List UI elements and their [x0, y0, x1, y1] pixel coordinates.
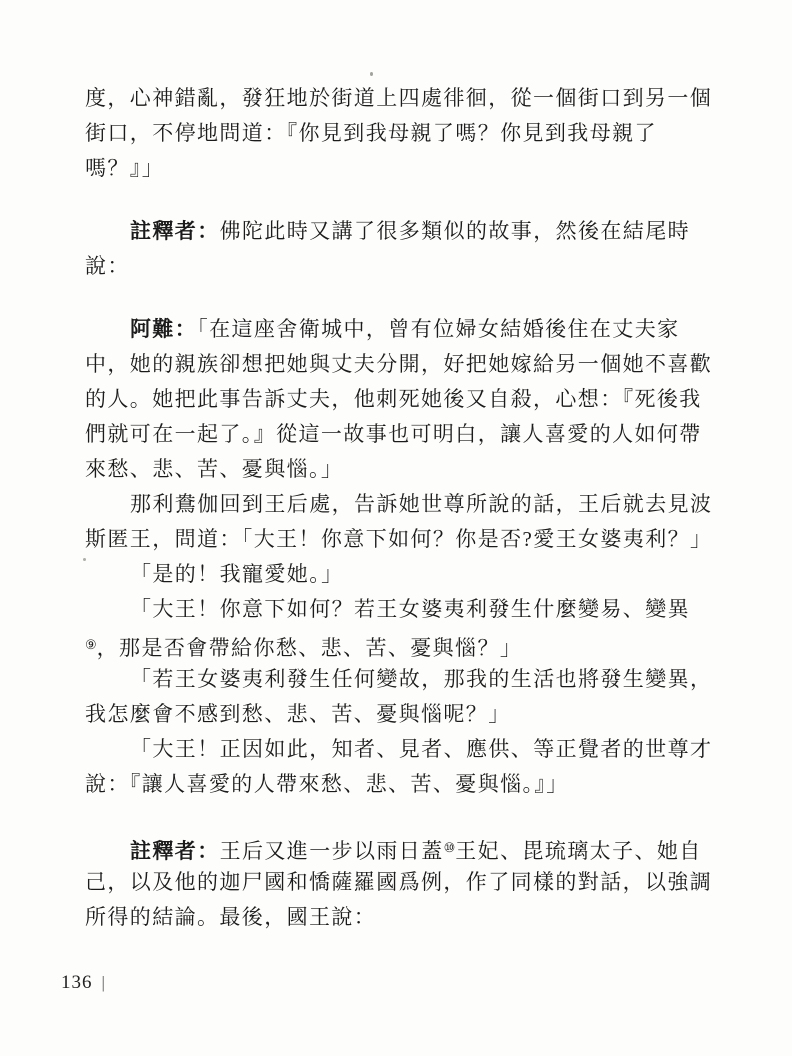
- text-line: 我怎麼會不感到愁、悲、苦、憂與惱呢？」: [85, 697, 725, 732]
- text-segment: 中，她的親族卻想把她與丈夫分開，好把她嫁給另一個她不喜歡: [85, 352, 712, 376]
- text-segment: 己，以及他的迦尸國和憍薩羅國爲例，作了同樣的對話，以強調: [85, 870, 712, 894]
- book-page: 度，心神錯亂，發狂地於街道上四處徘徊，從一個街口到另一個街口，不停地問道：『你見…: [0, 0, 792, 1056]
- text-segment: 我怎麼會不感到愁、悲、苦、憂與惱呢？」: [85, 702, 511, 726]
- footnote-ref: ⑩: [444, 840, 456, 855]
- text-segment: 「大王！你意下如何？若王女婆夷利發生什麼變易、變異: [130, 597, 690, 621]
- footer-separator: |: [102, 973, 106, 992]
- text-segment: 說：『讓人喜愛的人帶來愁、悲、苦、憂與惱。』」: [85, 772, 569, 796]
- speaker-label: 阿難：: [130, 317, 197, 341]
- text-segment: 「若王女婆夷利發生任何變故，那我的生活也將發生變異，: [130, 667, 712, 691]
- text-line: 度，心神錯亂，發狂地於街道上四處徘徊，從一個街口到另一個: [85, 81, 725, 116]
- text-segment: 那利鴦伽回到王后處，告訴她世尊所說的話，王后就去見波: [130, 492, 712, 516]
- text-line: 街口，不停地問道：『你見到我母親了嗎？你見到我母親了: [85, 116, 725, 151]
- text-line: 註釋者：佛陀此時又講了很多類似的故事，然後在結尾時: [85, 214, 725, 249]
- text-line: 阿難：「在這座舍衛城中，曾有位婦女結婚後住在丈夫家: [85, 312, 725, 347]
- text-line: 說：『讓人喜愛的人帶來愁、悲、苦、憂與惱。』」: [85, 767, 725, 802]
- text-line: 註釋者：王后又進一步以雨日蓋⑩王妃、毘琉璃太子、她自: [85, 830, 725, 865]
- text-line: 中，她的親族卻想把她與丈夫分開，好把她嫁給另一個她不喜歡: [85, 347, 725, 382]
- text-block: 度，心神錯亂，發狂地於街道上四處徘徊，從一個街口到另一個街口，不停地問道：『你見…: [85, 81, 725, 935]
- text-line: 斯匿王，問道：「大王！你意下如何？你是否?愛王女婆夷利？」: [85, 522, 725, 557]
- text-line: 們就可在一起了。』從這一故事也可明白，讓人喜愛的人如何帶: [85, 417, 725, 452]
- text-segment: 度，心神錯亂，發狂地於街道上四處徘徊，從一個街口到另一個: [85, 86, 712, 110]
- text-segment: 王后又進一步以雨日蓋: [220, 839, 444, 863]
- text-segment: 來愁、悲、苦、憂與惱。」: [85, 457, 343, 481]
- text-line: 說：: [85, 249, 725, 284]
- text-segment: 的人。她把此事告訴丈夫，他刺死她後又自殺，心想：『死後我: [85, 387, 702, 411]
- text-segment: 們就可在一起了。』從這一故事也可明白，讓人喜愛的人如何帶: [85, 422, 702, 446]
- text-segment: 斯匿王，問道：「大王！你意下如何？你是否?愛王女婆夷利？」: [85, 527, 712, 551]
- text-segment: 「大王！正因如此，知者、見者、應供、等正覺者的世尊才: [130, 737, 712, 761]
- text-segment: 街口，不停地問道：『你見到我母親了嗎？你見到我母親了: [85, 121, 657, 145]
- text-line: 「大王！你意下如何？若王女婆夷利發生什麼變易、變異: [85, 592, 725, 627]
- text-line: 「大王！正因如此，知者、見者、應供、等正覺者的世尊才: [85, 732, 725, 767]
- speaker-label: 註釋者：: [130, 839, 220, 863]
- text-line: 「是的！我寵愛她。」: [85, 557, 725, 592]
- text-line: 嗎？』」: [85, 151, 725, 186]
- text-line: 己，以及他的迦尸國和憍薩羅國爲例，作了同樣的對話，以強調: [85, 865, 725, 900]
- text-segment: ，那是否會帶給你愁、悲、苦、憂與惱？」: [97, 636, 523, 660]
- text-line: 來愁、悲、苦、憂與惱。」: [85, 452, 725, 487]
- speaker-label: 註釋者：: [130, 219, 220, 243]
- page-footer: 136|: [61, 972, 106, 994]
- text-segment: 「是的！我寵愛她。」: [130, 562, 344, 586]
- text-segment: 嗎？』」: [85, 156, 164, 180]
- scan-speck: [370, 72, 373, 76]
- text-segment: 所得的結論。最後，國王說：: [85, 905, 376, 929]
- text-segment: 說：: [85, 254, 130, 278]
- text-line: 「若王女婆夷利發生任何變故，那我的生活也將發生變異，: [85, 662, 725, 697]
- text-line: 的人。她把此事告訴丈夫，他刺死她後又自殺，心想：『死後我: [85, 382, 725, 417]
- text-line: 所得的結論。最後，國王說：: [85, 900, 725, 935]
- text-line: 那利鴦伽回到王后處，告訴她世尊所說的話，王后就去見波: [85, 487, 725, 522]
- text-segment: 王妃、毘琉璃太子、她自: [455, 839, 701, 863]
- page-number: 136: [61, 972, 93, 993]
- text-segment: 佛陀此時又講了很多類似的故事，然後在結尾時: [220, 219, 690, 243]
- footnote-ref: ⑨: [85, 637, 97, 652]
- text-line: ⑨，那是否會帶給你愁、悲、苦、憂與惱？」: [85, 627, 725, 662]
- text-segment: 「在這座舍衛城中，曾有位婦女結婚後住在丈夫家: [197, 317, 679, 341]
